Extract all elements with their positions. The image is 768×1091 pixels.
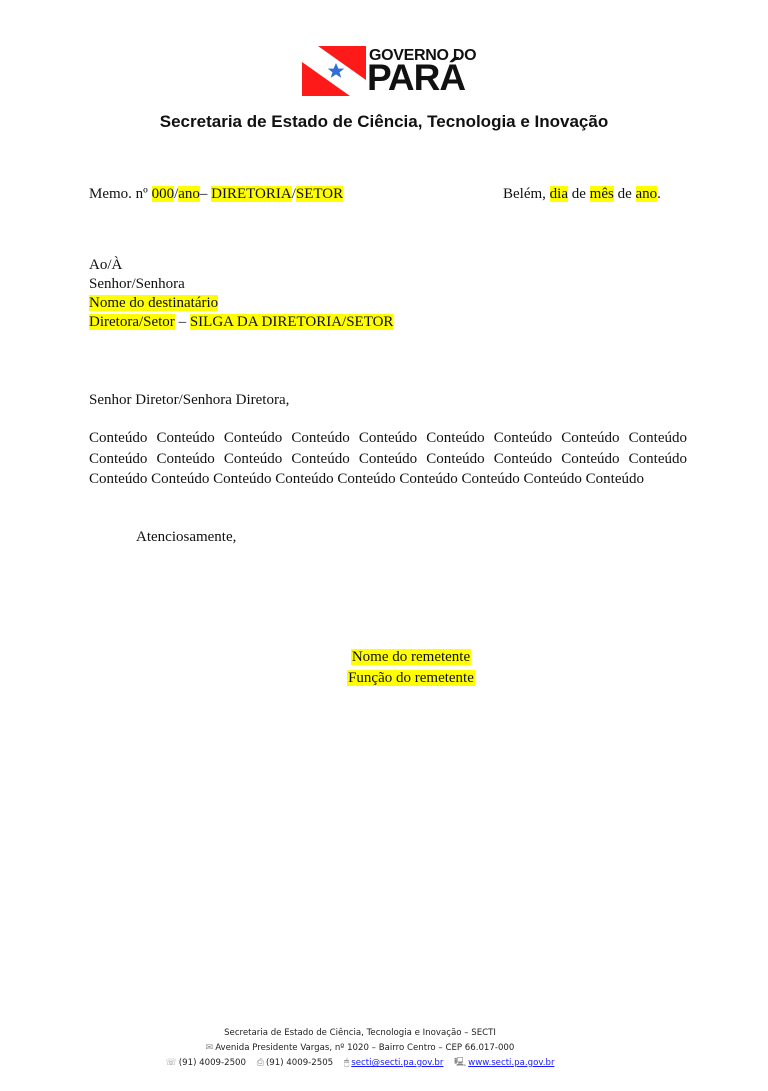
memo-sector2: SETOR [296, 186, 343, 202]
footer-website-link[interactable]: www.secti.pa.gov.br [468, 1058, 554, 1068]
signature-block: Nome do remetente Função do remetente [0, 647, 768, 688]
organization-title: Secretaria de Estado de Ciência, Tecnolo… [0, 112, 768, 132]
date-de1: de [568, 186, 590, 202]
memo-dash: – [200, 186, 211, 202]
computer-icon: 🖳 [454, 1058, 466, 1068]
sender-role: Função do remetente [347, 670, 475, 686]
logo-line2: PARÁ [367, 59, 465, 97]
memo-number-line: Memo. nº 000/ano– DIRETORIA/SETOR [89, 186, 343, 203]
memo-number: 000 [152, 186, 175, 202]
sender-name: Nome do remetente [351, 649, 471, 665]
date-year: ano [636, 186, 658, 202]
memo-sector: DIRETORIA [211, 186, 292, 202]
closing: Atenciosamente, [136, 529, 236, 546]
date-end: . [657, 186, 661, 202]
footer-org: Secretaria de Estado de Ciência, Tecnolo… [0, 1026, 720, 1041]
footer-address: Avenida Presidente Vargas, nº 1020 – Bai… [215, 1043, 514, 1053]
footer-fax: (91) 4009-2505 [266, 1058, 333, 1068]
recipient-role: Diretora/Setor [89, 314, 175, 330]
body-content: Conteúdo Conteúdo Conteúdo Conteúdo Cont… [89, 428, 687, 490]
date-month: mês [590, 186, 614, 202]
footer-email-link[interactable]: secti@secti.pa.gov.br [351, 1058, 443, 1068]
recipient-dash: – [175, 314, 190, 330]
recipient-block: Ao/À Senhor/Senhora Nome do destinatário… [89, 256, 393, 332]
footer-phone: (91) 4009-2500 [179, 1058, 246, 1068]
governo-do-para-logo: GOVERNO DO PARÁ [302, 46, 482, 98]
footer-contact-line: ☏(91) 4009-2500 ⎙(91) 4009-2505 🖱secti@s… [0, 1056, 720, 1071]
envelope-icon: ✉ [206, 1043, 214, 1053]
recipient-line1: Ao/À [89, 256, 393, 275]
mouse-icon: 🖱 [344, 1058, 349, 1068]
footer: Secretaria de Estado de Ciência, Tecnolo… [0, 1026, 720, 1071]
memo-year: ano [178, 186, 200, 202]
date-line: Belém, dia de mês de ano. [503, 186, 661, 203]
para-flag-icon [302, 46, 366, 96]
date-day: dia [550, 186, 568, 202]
phone-icon: ☏ [166, 1058, 177, 1068]
date-city: Belém, [503, 186, 550, 202]
recipient-name: Nome do destinatário [89, 295, 218, 311]
footer-address-line: ✉Avenida Presidente Vargas, nº 1020 – Ba… [0, 1041, 720, 1056]
date-de2: de [614, 186, 636, 202]
recipient-acronym: SILGA DA DIRETORIA/SETOR [190, 314, 394, 330]
salutation: Senhor Diretor/Senhora Diretora, [89, 392, 289, 409]
recipient-line2: Senhor/Senhora [89, 275, 393, 294]
memo-prefix: Memo. nº [89, 186, 152, 202]
fax-icon: ⎙ [257, 1058, 264, 1068]
